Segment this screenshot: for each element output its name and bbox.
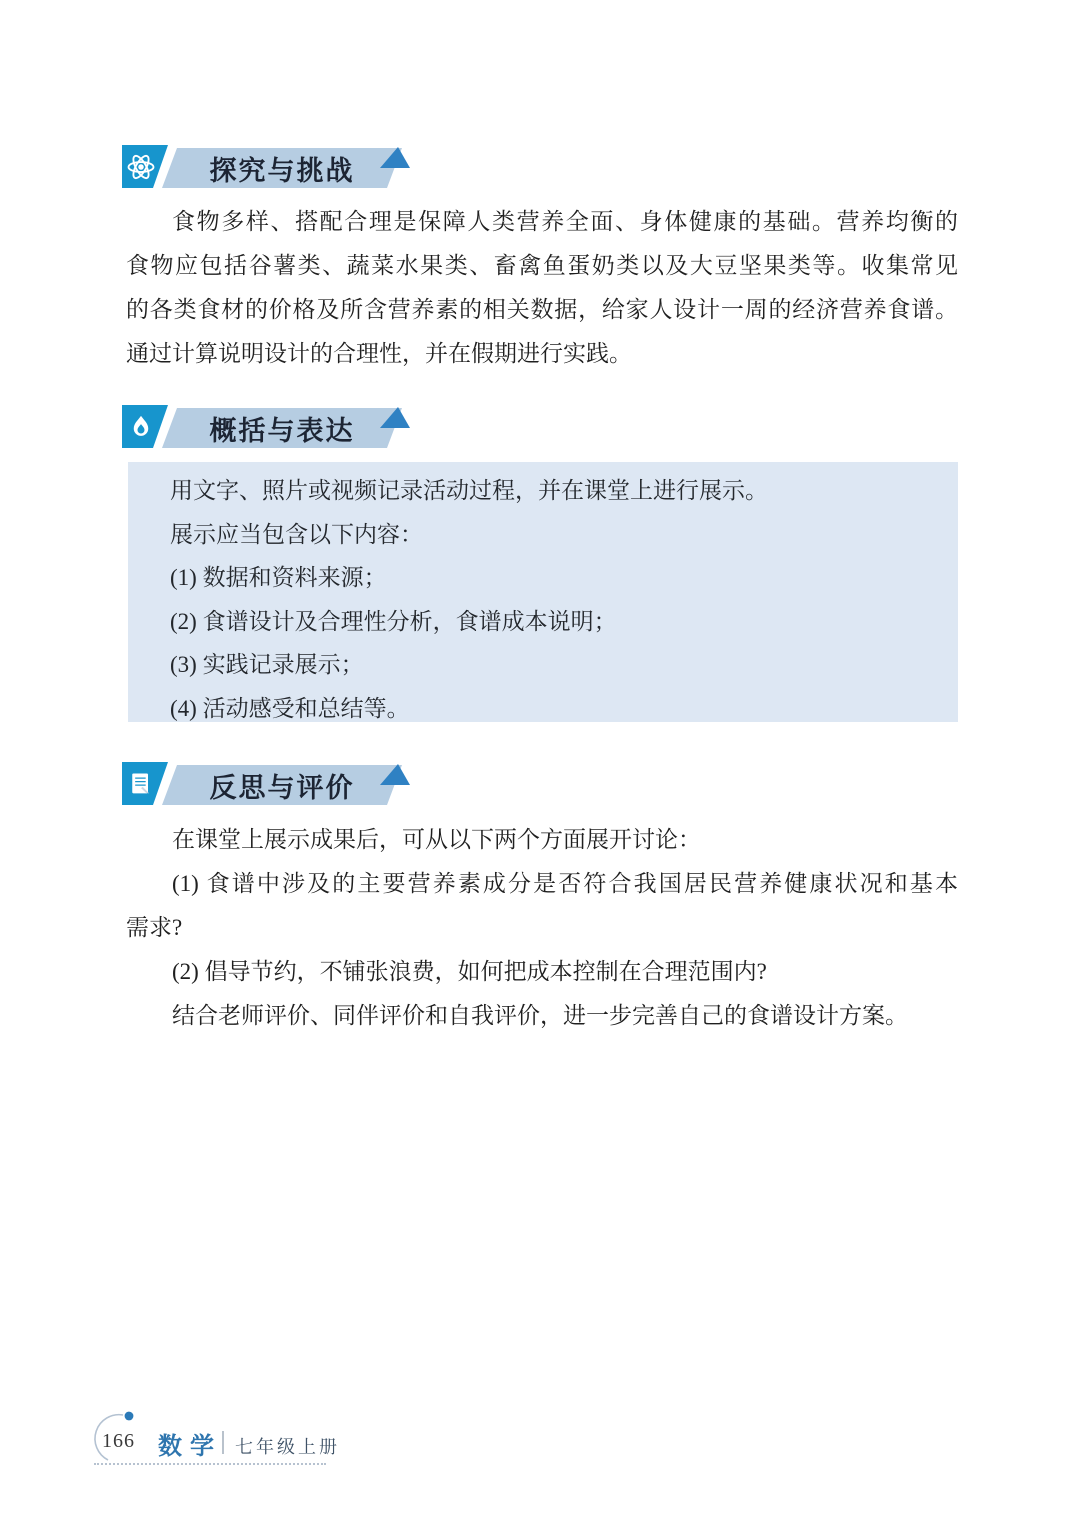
footer-dot xyxy=(125,1412,134,1421)
paragraph-line: 的各类食材的价格及所含营养素的相关数据，给家人设计一周的经济营养食谱。 xyxy=(126,288,958,332)
paragraph-line: 食物多样、搭配合理是保障人类营养全面、身体健康的基础。营养均衡的 xyxy=(126,200,958,244)
summarize-note-box: 用文字、照片或视频记录活动过程，并在课堂上进行展示。 展示应当包含以下内容： (… xyxy=(128,462,958,722)
page-footer: 166 数学 七年级上册 xyxy=(88,1406,408,1480)
textbook-page: 探究与挑战 食物多样、搭配合理是保障人类营养全面、身体健康的基础。营养均衡的 食… xyxy=(0,0,1080,1528)
paragraph-line: 通过计算说明设计的合理性，并在假期进行实践。 xyxy=(126,332,958,376)
page-number: 166 xyxy=(102,1430,135,1453)
note-line: (2) 食谱设计及合理性分析，食谱成本说明； xyxy=(170,600,958,644)
section-header-explore: 探究与挑战 xyxy=(122,145,542,191)
reflect-paragraph: 在课堂上展示成果后，可从以下两个方面展开讨论： (1) 食谱中涉及的主要营养素成… xyxy=(126,818,958,1038)
paragraph-line: 结合老师评价、同伴评价和自我评价，进一步完善自己的食谱设计方案。 xyxy=(126,994,958,1038)
document-pen-icon xyxy=(127,770,155,798)
paragraph-line: (1) 食谱中涉及的主要营养素成分是否符合我国居民营养健康状况和基本 xyxy=(126,862,958,906)
note-line: 用文字、照片或视频记录活动过程，并在课堂上进行展示。 xyxy=(170,469,958,513)
document-pen-icon xyxy=(122,762,168,805)
note-line: 展示应当包含以下内容： xyxy=(170,513,958,557)
paragraph-line: 食物应包括谷薯类、蔬菜水果类、畜禽鱼蛋奶类以及大豆坚果类等。收集常见 xyxy=(126,244,958,288)
section-title: 探究与挑战 xyxy=(210,149,355,188)
section-header-reflect: 反思与评价 xyxy=(122,762,542,808)
paragraph-line: (2) 倡导节约，不铺张浪费，如何把成本控制在合理范围内? xyxy=(126,950,958,994)
flame-icon xyxy=(122,405,168,448)
footer-dotted-line xyxy=(94,1463,326,1465)
section-title: 反思与评价 xyxy=(210,766,355,805)
note-line: (4) 活动感受和总结等。 xyxy=(170,687,958,731)
note-line: (1) 数据和资料来源； xyxy=(170,556,958,600)
section-banner: 反思与评价 xyxy=(162,765,402,805)
section-banner: 探究与挑战 xyxy=(162,148,402,188)
explore-paragraph: 食物多样、搭配合理是保障人类营养全面、身体健康的基础。营养均衡的 食物应包括谷薯… xyxy=(126,200,958,376)
paragraph-line: 需求? xyxy=(126,906,958,950)
note-line: (3) 实践记录展示； xyxy=(170,643,958,687)
atom-icon xyxy=(122,145,168,188)
footer-subject: 数学 xyxy=(158,1426,222,1461)
footer-volume: 七年级上册 xyxy=(235,1433,340,1459)
section-banner: 概括与表达 xyxy=(162,408,402,448)
footer-divider xyxy=(222,1431,224,1454)
section-header-summarize: 概括与表达 xyxy=(122,405,542,451)
paragraph-line: 在课堂上展示成果后，可从以下两个方面展开讨论： xyxy=(126,818,958,862)
flame-icon xyxy=(127,413,155,441)
section-title: 概括与表达 xyxy=(210,409,355,448)
atom-icon xyxy=(126,152,156,182)
